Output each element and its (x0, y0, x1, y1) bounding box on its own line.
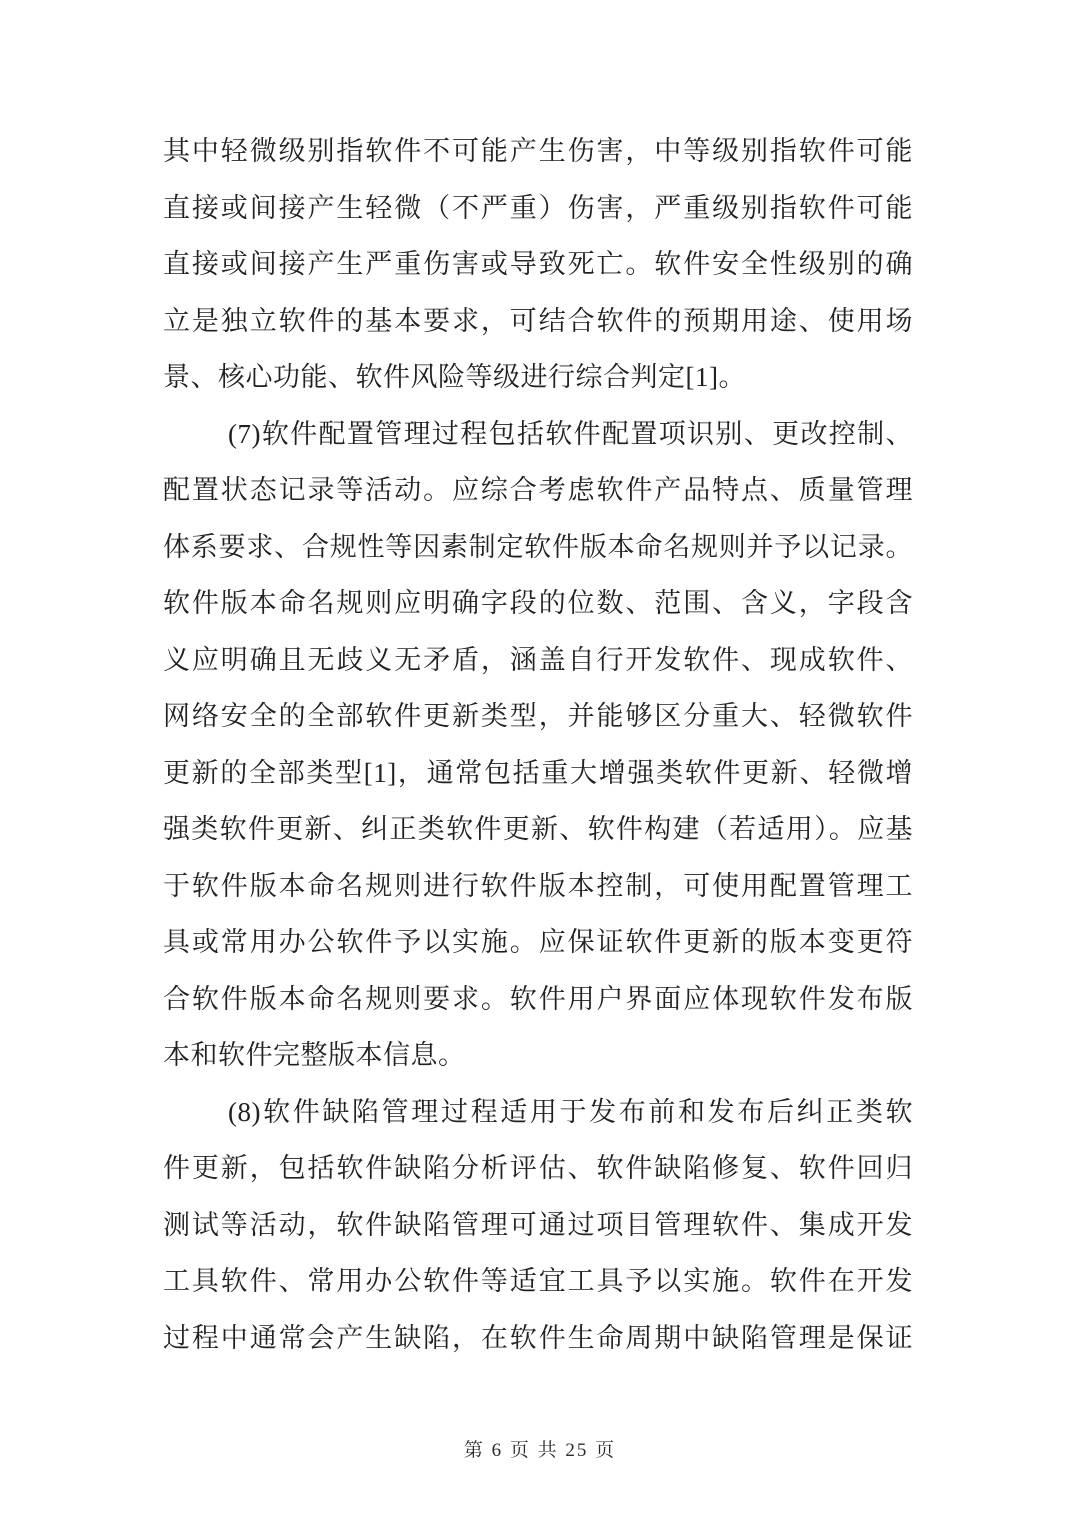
text-line: 配置状态记录等活动。应综合考虑软件产品特点、质量管理 (163, 462, 913, 519)
text-line: 其中轻微级别指软件不可能产生伤害，中等级别指软件可能 (163, 123, 913, 180)
paragraph-item-8-defect-management: (8)软件缺陷管理过程适用于发布前和发布后纠正类软 件更新，包括软件缺陷分析评估… (163, 1084, 913, 1367)
text-line: 体系要求、合规性等因素制定软件版本命名规则并予以记录。 (163, 519, 913, 576)
page-footer-page-number: 第 6 页 共 25 页 (0, 1438, 1080, 1464)
text-line: 强类软件更新、纠正类软件更新、软件构建（若适用）。应基 (163, 801, 913, 858)
text-line: 义应明确且无歧义无矛盾，涵盖自行开发软件、现成软件、 (163, 632, 913, 689)
paragraph-item-7-configuration-management: (7)软件配置管理过程包括软件配置项识别、更改控制、 配置状态记录等活动。应综合… (163, 406, 913, 1084)
text-line: 直接或间接产生严重伤害或导致死亡。软件安全性级别的确 (163, 236, 913, 293)
text-line: 工具软件、常用办公软件等适宜工具予以实施。软件在开发 (163, 1253, 913, 1310)
text-line: 测试等活动，软件缺陷管理可通过项目管理软件、集成开发 (163, 1197, 913, 1254)
text-line: 本和软件完整版本信息。 (163, 1027, 913, 1084)
page-body-text: 其中轻微级别指软件不可能产生伤害，中等级别指软件可能 直接或间接产生轻微（不严重… (163, 123, 913, 1366)
text-line: 直接或间接产生轻微（不严重）伤害，严重级别指软件可能 (163, 180, 913, 237)
text-line: 合软件版本命名规则要求。软件用户界面应体现软件发布版 (163, 971, 913, 1028)
text-line: 软件版本命名规则应明确字段的位数、范围、含义，字段含 (163, 575, 913, 632)
text-line: 具或常用办公软件予以实施。应保证软件更新的版本变更符 (163, 914, 913, 971)
text-line: (7)软件配置管理过程包括软件配置项识别、更改控制、 (163, 406, 913, 463)
text-line: 景、核心功能、软件风险等级进行综合判定[1]。 (163, 349, 913, 406)
text-line: 件更新，包括软件缺陷分析评估、软件缺陷修复、软件回归 (163, 1140, 913, 1197)
text-line: 于软件版本命名规则进行软件版本控制，可使用配置管理工 (163, 858, 913, 915)
text-line: 更新的全部类型[1]，通常包括重大增强类软件更新、轻微增 (163, 745, 913, 802)
document-page: 其中轻微级别指软件不可能产生伤害，中等级别指软件可能 直接或间接产生轻微（不严重… (0, 0, 1080, 1527)
text-line: 立是独立软件的基本要求，可结合软件的预期用途、使用场 (163, 293, 913, 350)
text-line: 网络安全的全部软件更新类型，并能够区分重大、轻微软件 (163, 688, 913, 745)
paragraph-safety-levels: 其中轻微级别指软件不可能产生伤害，中等级别指软件可能 直接或间接产生轻微（不严重… (163, 123, 913, 406)
text-line: (8)软件缺陷管理过程适用于发布前和发布后纠正类软 (163, 1084, 913, 1141)
text-line: 过程中通常会产生缺陷，在软件生命周期中缺陷管理是保证 (163, 1310, 913, 1367)
